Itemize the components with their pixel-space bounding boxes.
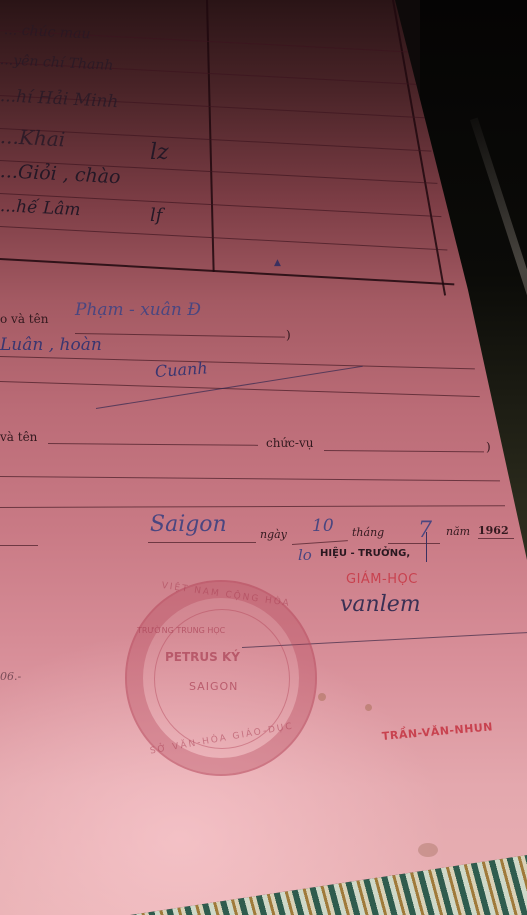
official-seal: VIỆT NAM CỘNG HÒA TRƯỜNG TRUNG HỌC PETRU… — [125, 580, 317, 776]
day-value[interactable]: 10 — [312, 516, 334, 536]
name-field-label: o và tên — [0, 312, 48, 326]
signatory-title-mark — [426, 532, 427, 562]
table-cell-text: ...hế Lâm — [0, 196, 81, 220]
blank-line — [0, 505, 505, 508]
signatory-title: HIỆU - TRƯỞNG, — [320, 548, 410, 559]
place-underline — [148, 542, 256, 543]
name-field-close-paren: ) — [286, 328, 291, 342]
month-underline — [388, 543, 440, 544]
year-value[interactable]: 1962 — [478, 524, 509, 537]
place-value[interactable]: Saigon — [150, 512, 227, 537]
position-field-close-paren: ) — [486, 440, 491, 454]
day-underline — [292, 540, 348, 545]
paper-stain — [418, 843, 438, 857]
table-cell-text: ...hí Hải Minh — [0, 86, 119, 112]
day-label: ngày — [260, 528, 287, 541]
left-short-line — [0, 545, 38, 546]
seal-inner-line1: TRƯỜNG TRUNG HỌC — [137, 626, 225, 635]
position-field-underline — [324, 450, 484, 452]
table-mark-triangle: ▲ — [274, 258, 281, 268]
table-cell-text: ...Khai — [0, 124, 66, 151]
seal-inner-line2: PETRUS KÝ — [165, 650, 240, 664]
paper-stain — [365, 704, 372, 711]
signatory-name-stamp: TRẦN-VĂN-NHUN — [381, 720, 493, 743]
table-cell-text: ...Giỏi , chào — [0, 160, 121, 188]
name2-field-label: và tên — [0, 430, 37, 444]
signature-value[interactable]: Cuanh — [154, 358, 208, 381]
signature-strike-line — [96, 366, 363, 409]
seal-inner-line3: SAIGON — [189, 680, 238, 693]
name-field-value[interactable]: Phạm - xuân Đ — [75, 300, 201, 320]
field-line2-underline — [0, 356, 475, 369]
table-cell-text: ...yên chí Thanh — [0, 52, 114, 74]
name2-field-underline — [48, 443, 258, 446]
month-label: tháng — [352, 526, 384, 539]
left-fragment-text: 06.- — [0, 670, 21, 683]
month-value[interactable]: 7 — [418, 518, 432, 543]
table-bottom-border — [0, 258, 454, 285]
signature-underline — [0, 381, 480, 397]
seal-outer-top-text: VIỆT NAM CỘNG HÒA — [161, 581, 291, 609]
table-row-line — [0, 226, 447, 250]
position-field-label: chức-vụ — [266, 436, 313, 450]
field-line2-value[interactable]: Luân , hoàn — [0, 335, 102, 355]
signatory-signature: vanlem — [340, 592, 421, 617]
year-underline — [478, 538, 514, 539]
signatory-subtitle: GIÁM-HỌC — [346, 572, 418, 587]
name-field-underline — [75, 333, 285, 338]
table-mark: lf — [150, 205, 162, 226]
blank-line — [0, 476, 500, 481]
table-cell-text: ... chúc mau — [4, 22, 91, 43]
table-mark: lz — [150, 140, 169, 165]
paper-stain — [318, 693, 326, 701]
signatory-initial: lo — [298, 546, 312, 564]
year-label: năm — [446, 525, 470, 538]
